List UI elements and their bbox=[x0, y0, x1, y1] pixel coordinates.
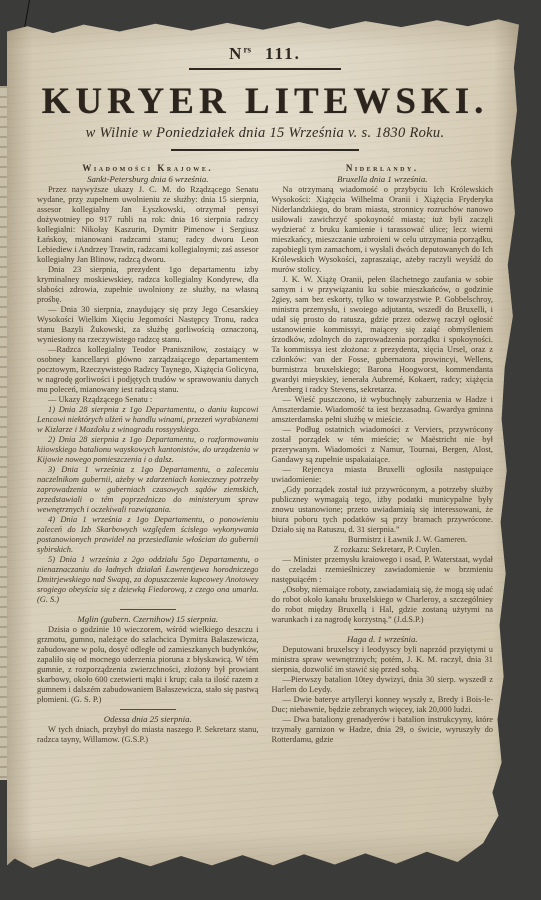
signature-line: Z rozkazu: Sekretarz, P. Cuylen. bbox=[272, 545, 494, 555]
scan-background: Nrs111. KURYER LITEWSKI. w Wilnie w Poni… bbox=[0, 0, 541, 900]
article-paragraph: J. K. W. Xiążę Oranii, pełen ślachetnego… bbox=[272, 275, 494, 395]
article-paragraph: 2) Dnia 28 sierpnia z 1go Departamentu, … bbox=[37, 435, 259, 465]
article-columns: Wiadomości Krajowe. Sankt-Petersburg dni… bbox=[37, 163, 493, 745]
article-separator-rule bbox=[354, 629, 410, 630]
article-paragraph: —Radzca kollegialny Teodor Praniszniłow,… bbox=[37, 345, 259, 395]
article-paragraph: — Rejencya miasta Bruxelli ogłosiła nast… bbox=[272, 465, 494, 485]
article-paragraph: 3) Dnia 1 września z 1go Departamentu, o… bbox=[37, 465, 259, 515]
newspaper-title: KURYER LITEWSKI. bbox=[37, 80, 493, 123]
article-paragraph: Dnia 23 sierpnia, prezydent 1go departam… bbox=[37, 265, 259, 305]
issue-value: 111. bbox=[265, 44, 301, 63]
article-paragraph: — Dwa bataliony grenadyerów i batalion i… bbox=[272, 715, 494, 745]
article-paragraph: Przez naywyższe ukazy J. C. M. do Rządzą… bbox=[37, 185, 259, 265]
left-column: Wiadomości Krajowe. Sankt-Petersburg dni… bbox=[37, 163, 259, 745]
issue-superscript: rs bbox=[243, 44, 251, 54]
article-paragraph: — Dnia 30 sierpnia, znaydujący się przy … bbox=[37, 305, 259, 345]
article-paragraph: — Ukazy Rządzącego Senatu : bbox=[37, 395, 259, 405]
article-paragraph: —Pierwszy batalion 10tey dywizyi, dnia 3… bbox=[272, 675, 494, 695]
article-separator-rule bbox=[120, 709, 176, 710]
article-paragraph: W tych dniach, przybył do miasta naszego… bbox=[37, 725, 259, 745]
article-dateline-odessa: Odessa dnia 25 sierpnia. bbox=[37, 714, 259, 724]
article-paragraph: „Osoby, niemaiące roboty, zawiadamiaią s… bbox=[272, 585, 494, 625]
article-paragraph: 4) Dnia 1 września z 1go Departamentu, o… bbox=[37, 515, 259, 555]
article-paragraph: „Gdy porządek został iuż przywróconym, a… bbox=[272, 485, 494, 535]
article-dateline-petersburg: Sankt-Petersburg dnia 6 września. bbox=[37, 174, 259, 184]
section-heading-wiadomosci-krajowe: Wiadomości Krajowe. bbox=[37, 163, 259, 173]
article-dateline-mglin: Mglin (gubern. Czernihow) 15 sierpnia. bbox=[37, 614, 259, 624]
article-paragraph: — Wieść puszczono, iż wybuchnęły zaburze… bbox=[272, 395, 494, 425]
issue-prefix: N bbox=[229, 44, 243, 63]
section-heading-niderlandy: Niderlandy. bbox=[272, 163, 494, 173]
article-dateline-haga: Haga d. 1 września. bbox=[272, 634, 494, 644]
masthead: Nrs111. KURYER LITEWSKI. w Wilnie w Poni… bbox=[37, 44, 493, 151]
right-column: Niderlandy. Bruxella dnia 1 września. Na… bbox=[272, 163, 494, 745]
article-paragraph: — Podług ostatnich wiadomości z Verviers… bbox=[272, 425, 494, 465]
issue-underline-rule bbox=[189, 68, 341, 70]
dateline-underline-rule bbox=[171, 149, 359, 151]
article-dateline-bruxella: Bruxella dnia 1 września. bbox=[272, 174, 494, 184]
article-paragraph: — Dwie baterye artylleryi konney wyszły … bbox=[272, 695, 494, 715]
article-paragraph: — Minister przemysłu kraiowego i osad, P… bbox=[272, 555, 494, 585]
article-paragraph: Deputowani bruxelscy i leodyyscy byli na… bbox=[272, 645, 494, 675]
article-paragraph: 1) Dnia 28 sierpnia z 1go Departamentu, … bbox=[37, 405, 259, 435]
article-paragraph: 5) Dnia 1 września z 2go oddziału 5go De… bbox=[37, 555, 259, 605]
article-separator-rule bbox=[120, 609, 176, 610]
article-paragraph: Dzisia o godzinie 10 wieczorem, wśród wi… bbox=[37, 625, 259, 705]
issue-number: Nrs111. bbox=[37, 44, 493, 64]
signature-line: Burmistrz i Ławnik J. W. Gameren. bbox=[272, 535, 494, 545]
masthead-dateline: w Wilnie w Poniedziałek dnia 15 Września… bbox=[37, 125, 493, 142]
article-paragraph: Na otrzymaną wiadomość o przybyciu Ich K… bbox=[272, 185, 494, 275]
newspaper-page: Nrs111. KURYER LITEWSKI. w Wilnie w Poni… bbox=[7, 16, 519, 874]
